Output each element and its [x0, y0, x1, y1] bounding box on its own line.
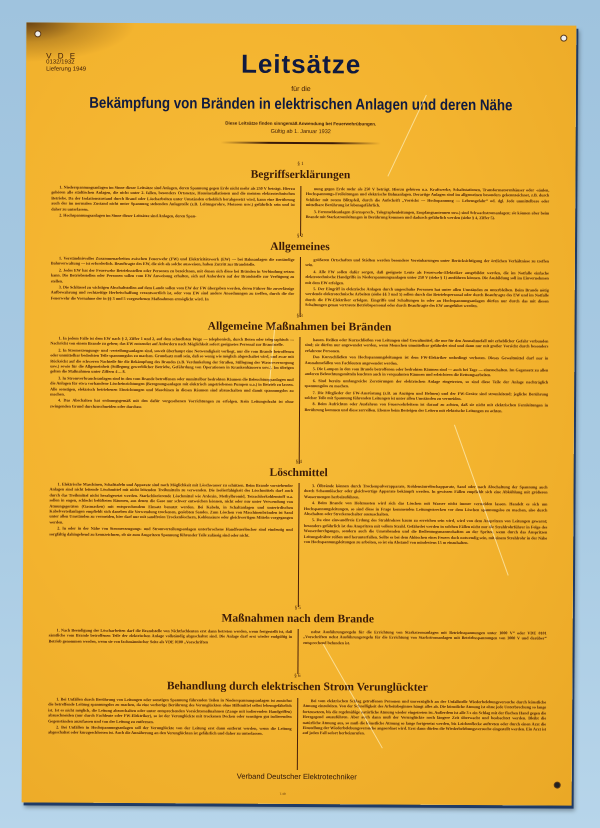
- column-right: 3. Ölbrände können durch Trockenpulverap…: [297, 483, 547, 609]
- print-code: 7.49: [280, 792, 286, 796]
- mounting-hole-icon: [561, 36, 566, 41]
- column-left: 1. Nach Beendigung der Löscharbeiten dar…: [48, 627, 297, 674]
- paragraph: 1. Verständnisvolles Zusammenarbeiten zw…: [51, 255, 295, 267]
- section-body: 1. Verständnisvolles Zusammenarbeiten zw…: [51, 255, 549, 318]
- paragraph: 1. In jedem Falle ist dem EW nach § 2, Z…: [50, 335, 294, 347]
- paragraph: 2. Jedes EW hat der Feuerwehr Betriebsst…: [51, 267, 295, 285]
- paragraph: 2. In oder in der Nähe von Stromerzeugun…: [49, 526, 293, 538]
- usage-note: Diese Leitsätze finden sinngemäß Anwendu…: [26, 119, 576, 127]
- paragraph: hauen. Reißen oder Kurzschließen von Lei…: [305, 337, 549, 355]
- section-body: 1. Elektrische Maschinen, Schalttafeln u…: [49, 481, 548, 608]
- paragraph: 1. Bei Unfällen durch Berührung von Leit…: [48, 696, 292, 725]
- paragraph: 3. In Stromverbrauchsanlagen sind in den…: [50, 375, 294, 398]
- column-right: hauen. Reißen oder Kurzschließen von Lei…: [298, 337, 548, 466]
- section-body: 1. In jedem Falle ist dem EW nach § 2, Z…: [50, 335, 549, 465]
- section-title: Allgemeine Maßnahmen bei Bränden: [24, 319, 574, 334]
- column-right: Bei vom elektrischen Schlag getroffenen …: [296, 698, 546, 772]
- paragraph: nebst Ausführungsregeln für die Errichtu…: [303, 629, 547, 647]
- paragraph: 4. Alle FW sollen dafür sorgen, daß geei…: [305, 269, 549, 287]
- paragraph: 5. Der Eingriff in elektrische Anlagen d…: [305, 286, 549, 309]
- divider: [221, 142, 381, 145]
- column-right: größeren Ortschaften und Städten werden …: [299, 257, 549, 319]
- section-title: Maßnahmen nach dem Brande: [23, 611, 573, 626]
- paragraph: 1. Elektrische Maschinen, Schalttafeln u…: [49, 481, 293, 526]
- publisher: Verband Deutscher Elektrotechniker: [22, 770, 572, 782]
- column-right: nung gegen Erde mehr als 250 V beträgt. …: [300, 186, 550, 238]
- section-title: Allgemeines: [25, 239, 575, 254]
- paragraph: 6. Sind bereits umfangreiche Zerstörunge…: [305, 378, 549, 390]
- paragraph: 8. Beim Aufrichten oder Ausfahren von Fe…: [305, 402, 549, 414]
- paragraph: 4. Das Abschalten hat ordnungsgemäß mit …: [50, 398, 294, 410]
- section-body: 1. Bei Unfällen durch Berührung von Leit…: [48, 696, 546, 771]
- paragraph: 4. Beim Brande von Holzmasten wird sich …: [304, 500, 548, 518]
- paragraph: Das Kurzschließen von Hochspannungsleitu…: [305, 354, 549, 366]
- section-body: 1. Nach Beendigung der Löscharbeiten dar…: [48, 627, 546, 675]
- mounting-hole-icon: [555, 783, 560, 788]
- paragraph: 7. Die Mitglieder der FW-Ausrüstung (z.B…: [305, 390, 549, 402]
- column-right: nebst Ausführungsregeln für die Errichtu…: [297, 629, 547, 676]
- column-left: 1. In jedem Falle ist dem EW nach § 2, Z…: [50, 335, 299, 464]
- paragraph: Bei vom elektrischen Schlag getroffenen …: [303, 698, 547, 737]
- warning-plate: V D E 0132/1932 Lieferung 1949 Leitsätze…: [22, 22, 577, 805]
- paragraph: 2. Bei Unfällen in Hochspannungsanlagen …: [48, 725, 292, 737]
- paragraph: 3. Fernmeldeanlagen (Fernsprech-, Telegr…: [306, 209, 550, 221]
- paragraph: 1. Nach Beendigung der Löscharbeiten dar…: [49, 627, 293, 645]
- section-title: Behandlung durch elektrischen Strom Veru…: [22, 679, 572, 694]
- valid-from: Gültig ab 1. Januar 1932: [26, 127, 576, 136]
- paragraph: 1. Niederspannungsanlagen im Sinne diese…: [51, 184, 295, 213]
- page-subtitle: Bekämpfung von Bränden in elektrischen A…: [64, 95, 537, 116]
- paragraph: 3. Ölbrände können durch Trockenpulverap…: [304, 483, 548, 501]
- paragraph: 2. In Stromerzeugungs- und -verteilungsa…: [50, 347, 294, 376]
- section-body: 1. Niederspannungsanlagen im Sinne diese…: [51, 184, 549, 237]
- paragraph: größeren Ortschaften und Städten werden …: [305, 257, 549, 269]
- paragraph: 3. Die Schlüssel zu wichtigen Abschaltst…: [51, 285, 295, 303]
- paragraph: 5. Da eine einwandfreie Erdung des Strah…: [304, 517, 548, 546]
- section-title: Löschmittel: [24, 465, 574, 480]
- title-connector: für die: [26, 84, 576, 94]
- paragraph: 2. Hochspannungsanlagen im Sinne dieser …: [51, 213, 295, 220]
- column-left: 1. Elektrische Maschinen, Schalttafeln u…: [49, 481, 298, 607]
- column-left: 1. Verständnisvolles Zusammenarbeiten zw…: [51, 255, 300, 317]
- paragraph: nung gegen Erde mehr als 250 V beträgt. …: [306, 186, 550, 209]
- mounting-hole-icon: [35, 31, 40, 36]
- page-title: Leitsätze: [26, 47, 576, 81]
- column-left: 1. Bei Unfällen durch Berührung von Leit…: [48, 696, 297, 770]
- section-title: Begriffserklärungen: [25, 167, 575, 182]
- column-left: 1. Niederspannungsanlagen im Sinne diese…: [51, 184, 300, 236]
- paragraph: 5. Die Lampen in den vom Brande betroffe…: [305, 366, 549, 378]
